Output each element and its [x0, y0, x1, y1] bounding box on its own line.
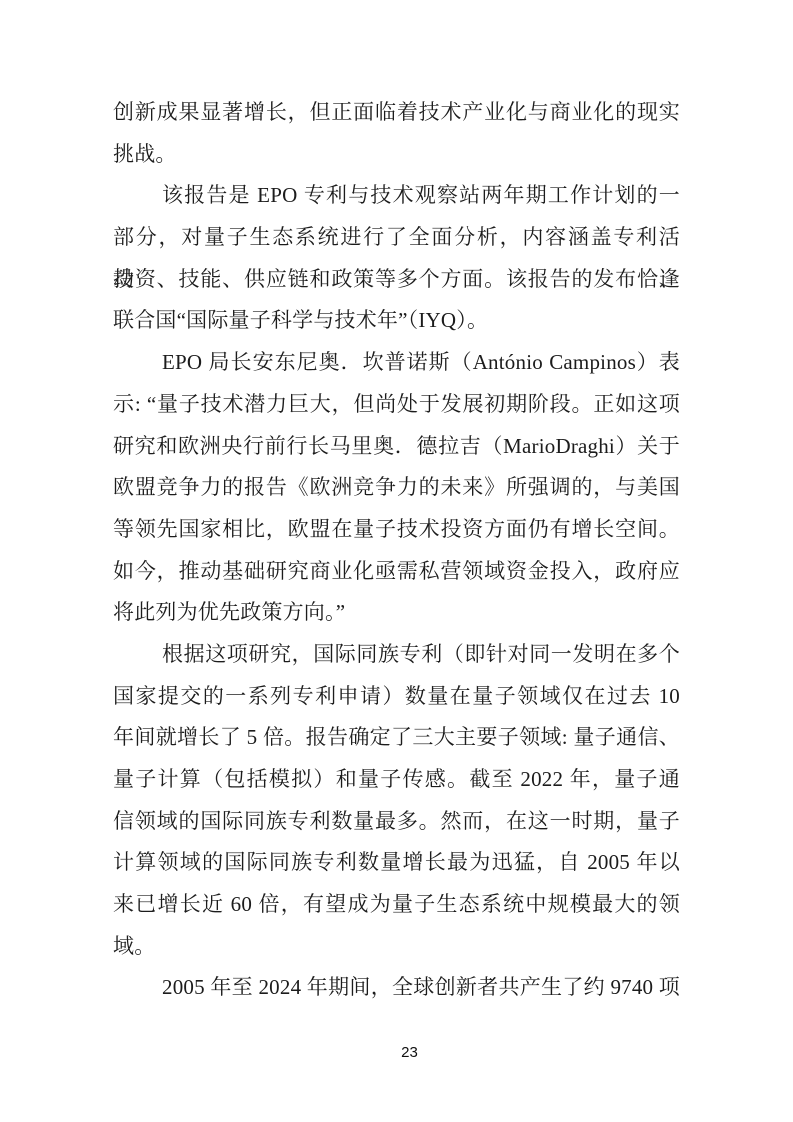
text-line: 域。: [113, 926, 680, 968]
document-page: 创新成果显著增长，但正面临着技术产业化与商业化的现实 挑战。 该报告是 EPO …: [0, 0, 793, 1122]
text-line: 根据这项研究，国际同族专利（即针对同一发明在多个: [113, 634, 680, 676]
text-line: 投资、技能、供应链和政策等多个方面。该报告的发布恰逢: [113, 259, 680, 301]
text-line: 年间就增长了 5 倍。报告确定了三大主要子领域: 量子通信、: [113, 717, 680, 759]
text-line: 欧盟竞争力的报告《欧洲竞争力的未来》所强调的，与美国: [113, 467, 680, 509]
text-line: 2005 年至 2024 年期间，全球创新者共产生了约 9740 项: [113, 967, 680, 1009]
text-line: 联合国“国际量子科学与技术年”（IYQ）。: [113, 300, 680, 342]
text-line: 该报告是 EPO 专利与技术观察站两年期工作计划的一: [113, 175, 680, 217]
text-line: 创新成果显著增长，但正面临着技术产业化与商业化的现实: [113, 92, 680, 134]
text-line: 来已增长近 60 倍，有望成为量子生态系统中规模最大的领: [113, 884, 680, 926]
text-line: 信领域的国际同族专利数量最多。然而，在这一时期，量子: [113, 801, 680, 843]
text-line: 量子计算（包括模拟）和量子传感。截至 2022 年，量子通: [113, 759, 680, 801]
text-line: 挑战。: [113, 134, 680, 176]
text-line: 部分，对量子生态系统进行了全面分析，内容涵盖专利活动、: [113, 217, 680, 259]
page-number: 23: [0, 1044, 793, 1061]
text-line: 将此列为优先政策方向。”: [113, 592, 680, 634]
text-line: 等领先国家相比，欧盟在量子技术投资方面仍有增长空间。: [113, 509, 680, 551]
body-text: 创新成果显著增长，但正面临着技术产业化与商业化的现实 挑战。 该报告是 EPO …: [113, 92, 680, 1009]
text-line: 示: “量子技术潜力巨大，但尚处于发展初期阶段。正如这项: [113, 384, 680, 426]
text-line: 研究和欧洲央行前行长马里奥．德拉吉（MarioDraghi）关于: [113, 426, 680, 468]
text-line: EPO 局长安东尼奥．坎普诺斯（António Campinos）表: [113, 342, 680, 384]
text-line: 国家提交的一系列专利申请）数量在量子领域仅在过去 10: [113, 676, 680, 718]
text-line: 计算领域的国际同族专利数量增长最为迅猛，自 2005 年以: [113, 842, 680, 884]
text-line: 如今，推动基础研究商业化亟需私营领域资金投入，政府应: [113, 551, 680, 593]
